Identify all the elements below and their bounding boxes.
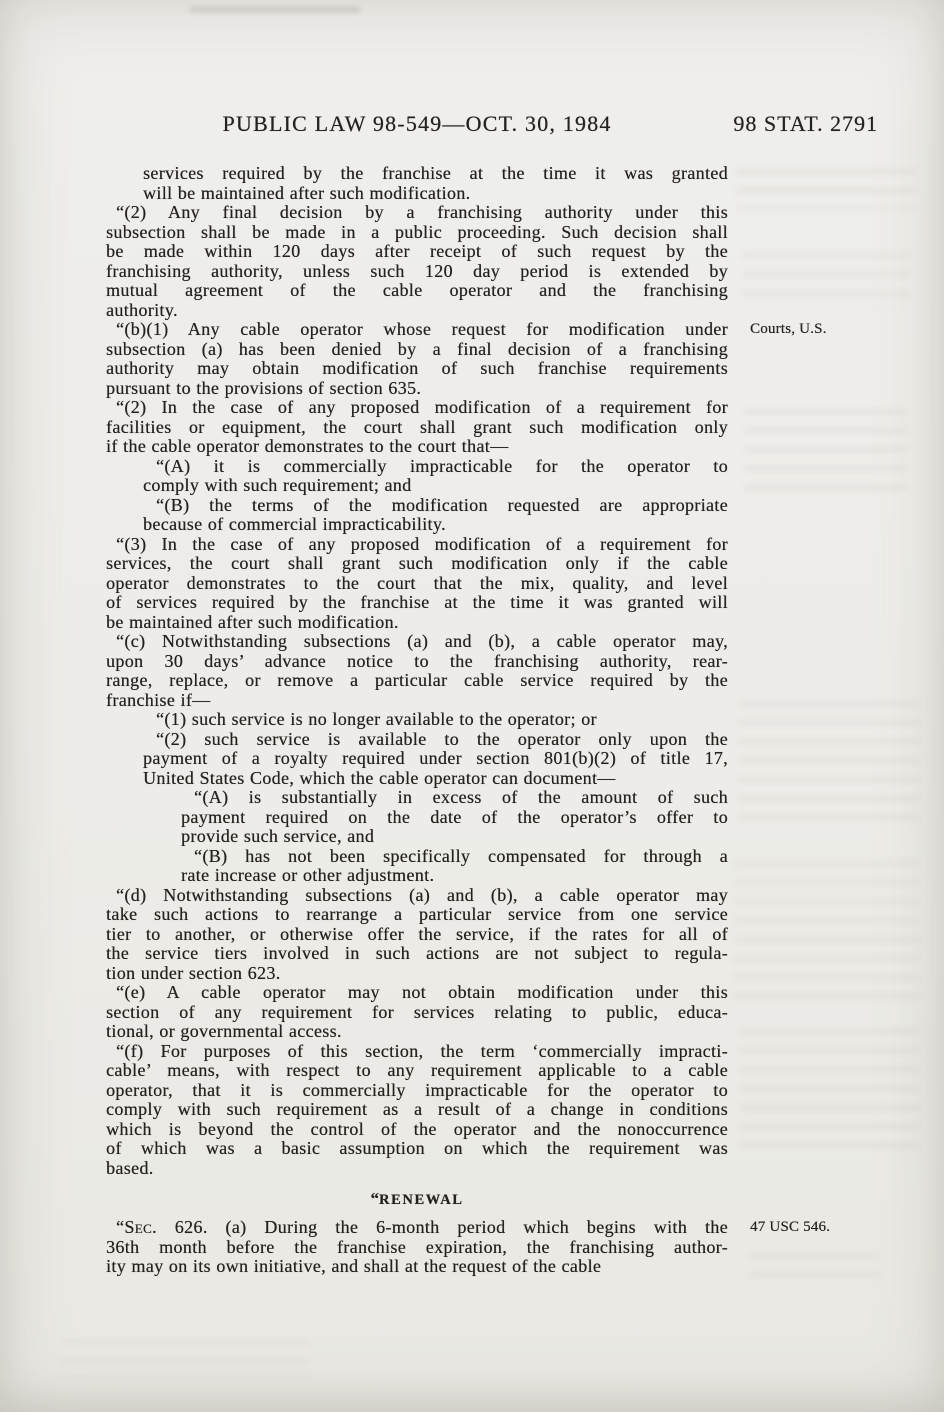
text-line: “(d) Notwithstanding subsections (a) and…: [106, 886, 728, 906]
statute-paragraph: “(2) In the case of any proposed modific…: [106, 398, 728, 457]
text-line: authority may obtain modification of suc…: [106, 359, 728, 379]
bleedthrough-smudge: [750, 1252, 880, 1286]
text-line: “(1) such service is no longer available…: [106, 710, 728, 730]
statute-paragraph: “(c) Notwithstanding subsections (a) and…: [106, 632, 728, 710]
text-line: provide such service, and: [106, 827, 728, 847]
text-line: tier to another, or otherwise offer the …: [106, 925, 728, 945]
text-line: which is beyond the control of the opera…: [106, 1120, 728, 1140]
statute-paragraph: “(d) Notwithstanding subsections (a) and…: [106, 886, 728, 984]
text-line: “(c) Notwithstanding subsections (a) and…: [106, 632, 728, 652]
statute-paragraph: “(2) such service is available to the op…: [106, 730, 728, 789]
text-line: 36th month before the franchise expirati…: [106, 1238, 728, 1258]
text-line: upon 30 days’ advance notice to the fran…: [106, 652, 728, 672]
statute-paragraph: “(B) has not been specifically compensat…: [106, 847, 728, 886]
bleedthrough-smudge: [742, 252, 910, 310]
small-caps-lead: “Sec.: [116, 1217, 157, 1237]
text-line: if the cable operator demonstrates to th…: [106, 437, 728, 457]
statute-paragraph: “(2) Any final decision by a franchising…: [106, 203, 728, 320]
text-line: “(2) In the case of any proposed modific…: [106, 398, 728, 418]
text-line: range, replace, or remove a particular c…: [106, 671, 728, 691]
text-line: be maintained after such modification.: [106, 613, 728, 633]
statute-paragraph: “(1) such service is no longer available…: [106, 710, 728, 730]
header-stat: 98 STAT. 2791: [733, 111, 878, 137]
text-line: operator, that it is commercially imprac…: [106, 1081, 728, 1101]
text-line: “(e) A cable operator may not obtain mod…: [106, 983, 728, 1003]
text-line: pursuant to the provisions of section 63…: [106, 379, 728, 399]
margin-note: Courts, U.S.: [750, 321, 944, 338]
text-line: “(B) the terms of the modification reque…: [106, 496, 728, 516]
text-line: section of any requirement for services …: [106, 1003, 728, 1023]
text-line: ity may on its own initiative, and shall…: [106, 1257, 728, 1277]
bleedthrough-smudge: [734, 860, 920, 1000]
text-line: comply with such requirement as a result…: [106, 1100, 728, 1120]
statute-paragraph: 47 USC 546.“Sec. 626. (a) During the 6-m…: [106, 1218, 728, 1277]
statute-paragraph: services required by the franchise at th…: [106, 164, 728, 203]
text-line: subsection shall be made in a public pro…: [106, 223, 728, 243]
text-line: payment required on the date of the oper…: [106, 808, 728, 828]
statute-paragraph: “(A) is substantially in excess of the a…: [106, 788, 728, 847]
text-line: “Sec. 626. (a) During the 6-month period…: [106, 1218, 728, 1238]
statute-paragraph: Courts, U.S.“(b)(1) Any cable operator w…: [106, 320, 728, 398]
statute-paragraph: “(A) it is commercially impracticable fo…: [106, 457, 728, 496]
text-line: United States Code, which the cable oper…: [106, 769, 728, 789]
text-line: “(B) has not been specifically compensat…: [106, 847, 728, 867]
text-line: subsection (a) has been denied by a fina…: [106, 340, 728, 360]
text-line: operator demonstrates to the court that …: [106, 574, 728, 594]
section-heading: “RENEWAL: [106, 1189, 728, 1209]
margin-note: 47 USC 546.: [750, 1219, 944, 1236]
statute-paragraph: “(3) In the case of any proposed modific…: [106, 535, 728, 633]
text-line: “(A) it is commercially impracticable fo…: [106, 457, 728, 477]
text-line: “(A) is substantially in excess of the a…: [106, 788, 728, 808]
text-line: comply with such requirement; and: [106, 476, 728, 496]
statute-paragraph: “(B) the terms of the modification reque…: [106, 496, 728, 535]
page: { "document": { "header": { "title": "PU…: [0, 0, 944, 1412]
text-line: mutual agreement of the cable operator a…: [106, 281, 728, 301]
bleedthrough-smudge: [736, 168, 916, 210]
statute-paragraph: “(f) For purposes of this section, the t…: [106, 1042, 728, 1179]
text-line: the service tiers involved in such actio…: [106, 944, 728, 964]
bleedthrough-smudge: [744, 408, 906, 503]
statute-paragraph: “(e) A cable operator may not obtain mod…: [106, 983, 728, 1042]
text-column: services required by the franchise at th…: [106, 164, 728, 1277]
text-line: tion under section 623.: [106, 964, 728, 984]
text-line: of which was a basic assumption on which…: [106, 1139, 728, 1159]
text-line: franchise if—: [106, 691, 728, 711]
text-line: take such actions to rearrange a particu…: [106, 905, 728, 925]
bleedthrough-smudge: [60, 1338, 310, 1378]
text-line: payment of a royalty required under sect…: [106, 749, 728, 769]
header-title: PUBLIC LAW 98-549—OCT. 30, 1984: [106, 111, 728, 137]
bleedthrough-smudge: [738, 700, 920, 822]
text-line: because of commercial impracticability.: [106, 515, 728, 535]
heading-text: RENEWAL: [379, 1192, 464, 1208]
text-line: “(2) such service is available to the op…: [106, 730, 728, 750]
text-line: “(b)(1) Any cable operator whose request…: [106, 320, 728, 340]
heading-quote: “: [370, 1189, 379, 1208]
text-line: “(f) For purposes of this section, the t…: [106, 1042, 728, 1062]
text-line: authority.: [106, 301, 728, 321]
text-line: be made within 120 days after receipt of…: [106, 242, 728, 262]
text-line: based.: [106, 1159, 728, 1179]
text-line: cable’ means, with respect to any requir…: [106, 1061, 728, 1081]
text-line: will be maintained after such modificati…: [106, 184, 728, 204]
text-line: services required by the franchise at th…: [106, 164, 728, 184]
text-line: “(3) In the case of any proposed modific…: [106, 535, 728, 555]
text-line: “(2) Any final decision by a franchising…: [106, 203, 728, 223]
text-line: facilities or equipment, the court shall…: [106, 418, 728, 438]
text-line: rate increase or other adjustment.: [106, 866, 728, 886]
bleedthrough-smudge: [190, 6, 360, 15]
text-line: franchising authority, unless such 120 d…: [106, 262, 728, 282]
text-line: tional, or governmental access.: [106, 1022, 728, 1042]
bleedthrough-smudge: [740, 1028, 920, 1160]
text-line: services, the court shall grant such mod…: [106, 554, 728, 574]
text-line: of services required by the franchise at…: [106, 593, 728, 613]
